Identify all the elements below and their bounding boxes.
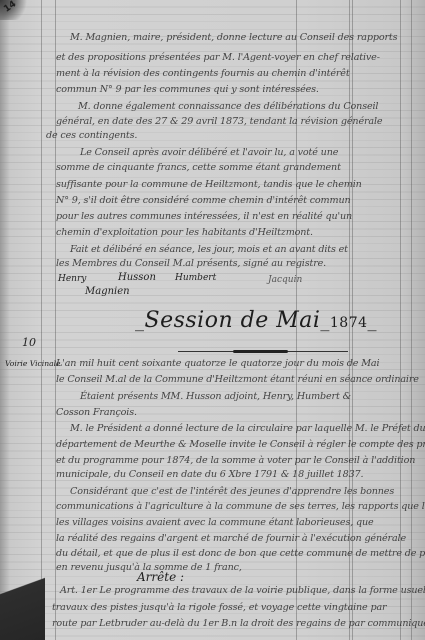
margin-number: 10 [22,336,36,349]
ruling-margin-left [41,0,42,640]
ruling-col-4 [400,0,401,640]
text-line: pour les autres communes intéressées, il… [56,212,352,222]
text-line: du détail, et que de plus il est donc de… [56,549,425,559]
text-line: commun N° 9 par les communes qui y sont … [56,85,319,95]
text-line: Fait et délibéré en séance, les jour, mo… [70,245,348,255]
text-line: Art. 1er Le programme des travaux de la … [60,586,425,596]
text-line: les Membres du Conseil M.al présents, si… [56,259,326,269]
text-line: route par Letbruder au-delà du 1er B.n l… [52,619,425,629]
text-line: M. le Président a donné lecture de la ci… [70,424,425,434]
text-line: de ces contingents. [46,131,137,141]
margin-label: Voirie Vicinale [5,359,61,368]
text-line: Considérant que c'est de l'intérêt des j… [70,487,394,497]
heading-underline [178,351,348,352]
text-line: et du programme pour 1874, de la somme à… [56,456,415,466]
ruling-text-left [55,0,56,640]
text-line: L'an mil huit cent soixante quatorze le … [56,359,379,369]
text-line: le Conseil M.al de la Commune d'Heiltzmo… [56,375,419,385]
text-line: M. donne également connaissance des déli… [78,102,378,112]
text-line: chemin d'exploitation pour les habitants… [56,228,313,238]
page-edge-shadow [0,560,45,640]
text-line: la réalité des regains d'argent et march… [56,534,406,544]
ruling-col-5 [411,0,412,640]
signature: Humbert [175,273,216,283]
text-line: Cosson François. [56,408,137,418]
text-line: département de Meurthe & Moselle invite … [56,440,425,450]
text-line: M. Magnien, maire, président, donne lect… [70,33,397,43]
text-line: général, en date des 27 & 29 avril 1873,… [56,117,382,127]
text-line: communications à l'agriculture à la comm… [56,502,425,512]
text-line: et des propositions présentées par M. l'… [56,53,380,63]
signature: Magnien [85,286,130,297]
heading-dash: _ [368,311,378,332]
arrete-heading: Arrête : [137,570,184,584]
heading-dash: _ [320,311,330,332]
signature: Jacquin [268,275,302,285]
ledger-page: 14 M. Magnien, maire, président, donne l… [0,0,425,640]
text-line: travaux des pistes jusqu'à la rigole fos… [52,603,386,613]
section-title: Session de Mai [145,308,321,333]
text-line: Le Conseil après avoir délibéré et l'avo… [80,148,338,158]
section-year: 1874 [330,315,368,331]
section-heading: _Session de Mai_1874_ [135,308,377,333]
text-line: suffisante pour la commune de Heiltzmont… [56,180,362,190]
signature: Husson [118,272,156,283]
text-line: somme de cinquante francs, cette somme é… [56,163,341,173]
text-line: ment à la révision des contingents fourn… [56,69,350,79]
text-line: les villages voisins avaient avec la com… [56,518,374,528]
text-line: Étaient présents MM. Husson adjoint, Hen… [80,392,351,402]
text-line: N° 9, s'il doit être considéré comme che… [56,196,351,206]
heading-dash: _ [135,311,145,332]
signature: Henry [58,274,86,284]
text-line: municipale, du Conseil en date du 6 Xbre… [56,470,363,480]
